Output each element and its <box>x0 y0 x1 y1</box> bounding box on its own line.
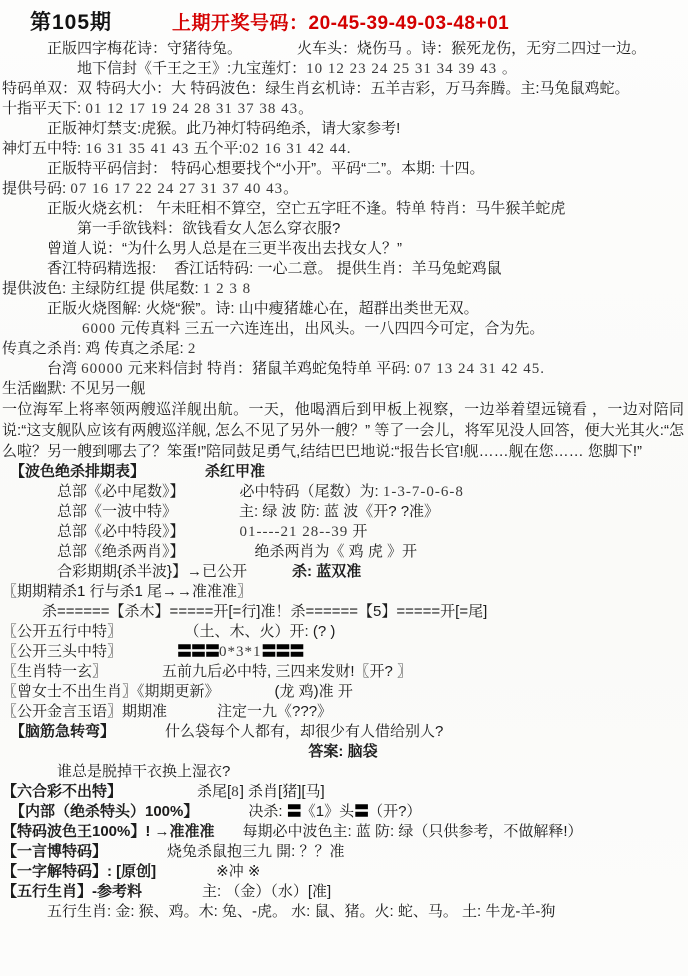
ten-fingers-line: 十指平天下: 01 12 17 19 24 28 31 37 38 43。 <box>2 99 684 119</box>
text-segment: ] 杀肖[猪][马] <box>240 783 325 800</box>
fire-mystery-line: 正版火烧玄机： 午未旺相不算空，空亡五字旺不逢。特单 特肖：马牛猴羊蛇虎 <box>2 199 684 219</box>
text-segment: 杀: 蓝双准 <box>292 563 361 580</box>
text-segment: 必中特码（尾数）为: <box>240 483 383 500</box>
text-segment: 总部《必中尾数》】 <box>57 483 185 500</box>
text-segment: 〖生肖特一玄〗 <box>2 663 107 680</box>
text-segment: 特码单双：双 特码大小：大 特码波色：绿生肖玄机诗：五羊吉彩，万马奔腾。主:马兔… <box>2 80 630 97</box>
text-segment: 香江话特码: 一心二意。 提供生肖：羊马兔蛇鸡鼠 <box>174 260 502 277</box>
tipsheet-page: 第105期 上期开奖号码：20-45-39-49-03-48+01 正版四字梅花… <box>0 0 688 976</box>
money-tip-line: 第一手欲钱料：欲钱看女人怎么穿衣服? <box>2 219 684 239</box>
text-segment: 提供号码: <box>2 180 70 197</box>
plum-poem-line: 正版四字梅花诗：守猪待兔。火车头：烧伤马 。诗：猴死龙伤，无穷二四过一边。 <box>2 39 684 59</box>
underground-envelope-line: 地下信封《千王之王》:九宝莲灯：10 12 23 24 25 31 34 39 … <box>2 59 684 79</box>
golden-words-line: 〖公开金言玉语〗期期准注定一九《???》 <box>2 702 684 722</box>
content-lines: 正版四字梅花诗：守猪待兔。火车头：烧伤马 。诗：猴死龙伤，无穷二四过一边。地下信… <box>2 39 684 922</box>
fax-kill-line: 传真之杀肖: 鸡 传真之杀尾: 2 <box>2 339 684 359</box>
fire-diagram-line: 正版火烧图解: 火烧“猴”。诗: 山中瘦猪雄心在，超群出类世无双。 <box>2 299 684 319</box>
text-segment: 香江特码精选报: <box>47 260 156 277</box>
text-segment: 传真之杀肖: 鸡 传真之杀尾: <box>2 340 188 357</box>
text-segment: 【一言博特码】 <box>2 843 107 860</box>
text-segment: 。 <box>298 100 313 117</box>
wave-kill-schedule-header: 【波色绝杀排期表】杀红甲准 <box>2 462 684 482</box>
text-segment: 杀红甲准 <box>205 463 265 480</box>
text-segment: 02 16 31 42 44. <box>243 141 352 157</box>
three-heads-line: 〖公开三头中特〗〓〓〓0*3*1〓〓〓 <box>2 642 684 662</box>
wave-king-line: 【特码波色王100%】! →准准准每期必中波色主: 蓝 防: 绿（只供参考，不做… <box>2 822 684 842</box>
page-header: 第105期 上期开奖号码：20-45-39-49-03-48+01 <box>2 4 684 39</box>
text-segment: 2 <box>188 341 197 357</box>
text-segment: 【内部（绝杀特头）100%】 <box>10 803 198 820</box>
text-segment: 五行生肖: 金: 猴、鸡。木: 兔、-虎。 水: 鼠、猪。火: 蛇、马。 土: … <box>47 903 555 920</box>
internal-kill-head-line: 【内部（绝杀特头）100%】决杀: 〓《1》头〓（开?） <box>2 802 684 822</box>
text-segment: 开 <box>348 523 367 540</box>
text-segment: 〓〓〓 <box>262 643 304 660</box>
text-segment: 正版火烧玄机： 午未旺相不算空，空亡五字旺不逢。特单 特肖：马牛猴羊蛇虎 <box>47 200 565 217</box>
text-segment: 8 <box>231 784 240 800</box>
text-segment: (龙 鸡)准 开 <box>275 683 353 700</box>
text-segment: 元传真料 三五一六连连出，出风头。一八四四今可定，合为先。 <box>116 320 544 337</box>
hq-kill-two-line: 总部《绝杀两肖》】绝杀两肖为《 鸡 虎 》开 <box>2 542 684 562</box>
one-char-line: 【一字解特码】: [原创]※冲 ※ <box>2 862 684 882</box>
last-draw-numbers: 上期开奖号码：20-45-39-49-03-48+01 <box>172 8 509 35</box>
text-segment: 正版四字梅花诗：守猪待兔。 <box>47 40 242 57</box>
xiangjiang-line: 香江特码精选报:香江话特码: 一心二意。 提供生肖：羊马兔蛇鸡鼠 <box>2 259 684 279</box>
precise-kill-header: 〖期期精杀1 行与杀1 尾→→准准准〗 <box>2 582 684 602</box>
text-segment: 〖公开五行中特〗 <box>2 623 122 640</box>
text-segment: 〖期期精杀1 行与杀1 尾→→准准准〗 <box>2 583 252 600</box>
text-segment: 总部《绝杀两肖》】 <box>57 543 185 560</box>
text-segment: 神灯五中特: <box>2 140 85 157</box>
madam-zeng-line: 〖曾女士不出生肖〗《期期更新》(龙 鸡)准 开 <box>2 682 684 702</box>
text-segment: （土、木、火）开: (? ) <box>192 623 335 640</box>
text-segment: 谁总是脱掉干衣换上湿衣? <box>57 763 230 780</box>
text-segment: 五个平: <box>189 140 242 157</box>
text-segment: 合彩期期{杀半波}】→已公开 <box>57 563 247 580</box>
special-flat-envelope-line: 正版特平码信封： 特码心想要找个“小开”。平码“二”。本期: 十四。 <box>2 159 684 179</box>
text-segment: 07 13 24 31 42 45. <box>415 361 546 377</box>
text-segment: 每期必中波色主: 蓝 防: 绿（只供参考，不做解释!） <box>243 823 583 840</box>
text-segment: 总部《一波中特》 <box>57 503 177 520</box>
text-segment: 01----21 28--39 <box>240 524 349 540</box>
text-segment: 正版特平码信封： 特码心想要找个“小开”。平码“二”。本期: 十四。 <box>47 160 485 177</box>
text-segment: 杀======【杀木】=====开[=行]准！杀======【5】=====开[… <box>42 603 487 620</box>
text-segment: 1 2 3 8 <box>203 281 251 297</box>
text-segment: 注定一九《???》 <box>217 703 332 720</box>
zodiac-mystery-line: 〖生肖特一玄〗五前九后必中特, 三四来发财!〖开? 〗 <box>2 662 684 682</box>
text-segment: 60000 <box>81 361 124 377</box>
text-segment: 〖曾女士不出生肖〗《期期更新》 <box>2 683 220 700</box>
text-segment: 绝杀两肖为《 鸡 虎 》开 <box>255 543 418 560</box>
text-segment: 火车头：烧伤马 。诗：猴死龙伤，无穷二四过一边。 <box>297 40 646 57</box>
text-segment: 10 12 23 24 25 31 34 39 43 。 <box>306 61 518 77</box>
text-segment: 【五行生肖】-参考料 <box>2 883 142 900</box>
issue-number: 第105期 <box>30 6 112 36</box>
text-segment: 地下信封《千王之王》:九宝莲灯： <box>77 60 306 77</box>
text-segment: 主: 绿 波 防: 蓝 波《开? ?准》 <box>239 503 439 520</box>
riddle-line: 谁总是脱掉干衣换上湿衣? <box>2 762 684 782</box>
provided-numbers-line: 提供号码: 07 16 17 22 24 27 31 37 40 43。 <box>2 179 684 199</box>
text-segment: 【波色绝杀排期表】 <box>10 463 145 480</box>
hq-one-wave-line: 总部《一波中特》主: 绿 波 防: 蓝 波《开? ?准》 <box>2 502 684 522</box>
brain-teaser-line: 【脑筋急转弯】什么袋每个人都有，却很少有人借给别人? <box>2 722 684 742</box>
text-segment: 16 31 35 41 43 <box>85 141 189 157</box>
text-segment: 台湾 <box>47 360 81 377</box>
text-segment: 什么袋每个人都有，却很少有人借给别人? <box>165 723 443 740</box>
no-special-line: 【六合彩不出特】杀尾[8] 杀肖[猪][马] <box>2 782 684 802</box>
hq-segment-line: 总部《必中特段》】01----21 28--39 开 <box>2 522 684 542</box>
magic-lamp-five-line: 神灯五中特: 16 31 35 41 43 五个平:02 16 31 42 44… <box>2 139 684 159</box>
text-segment: 答案: 脑袋 <box>308 743 377 760</box>
half-wave-line: 合彩期期{杀半波}】→已公开杀: 蓝双准 <box>2 562 684 582</box>
text-segment: 〓 <box>354 803 368 820</box>
text-segment: 〓 <box>287 803 301 820</box>
text-segment: 烧兔杀鼠抱三九 開: ？？准 <box>167 843 345 860</box>
text-segment: 07 16 17 22 24 27 31 37 40 43 <box>70 181 283 197</box>
text-segment: 01 12 17 19 24 28 31 37 38 43 <box>85 101 298 117</box>
text-segment: 正版火烧图解: 火烧“猴”。诗: 山中瘦猪雄心在，超群出类世无双。 <box>47 300 479 317</box>
text-segment: 〖公开金言玉语〗期期准 <box>2 703 167 720</box>
text-segment: 【一字解特码】: [原创] <box>2 863 156 880</box>
text-segment: 1-3-7-0-6-8 <box>383 484 464 500</box>
text-segment: 十指平天下: <box>2 100 85 117</box>
text-segment: 【特码波色王100%】! →准准准 <box>2 823 215 840</box>
text-segment: 0*3*1 <box>219 644 262 660</box>
five-element-zodiac-detail: 五行生肖: 金: 猴、鸡。木: 兔、-虎。 水: 鼠、猪。火: 蛇、马。 土: … <box>2 902 684 922</box>
text-segment: 元来料信封 特肖：猪鼠羊鸡蛇兔特单 平码: <box>124 360 415 377</box>
text-segment: 五前九后必中特, 三四来发财!〖开? 〗 <box>162 663 412 680</box>
taiwan-envelope-line: 台湾 60000 元来料信封 特肖：猪鼠羊鸡蛇兔特单 平码: 07 13 24 … <box>2 359 684 379</box>
five-elements-line: 〖公开五行中特〗（土、木、火）开: (? ) <box>2 622 684 642</box>
text-segment: 一位海军上将率领两艘巡洋舰出航。一天，他喝酒后到甲板上视察，一边举着望远镜看 ，… <box>2 401 684 460</box>
wave-color-line: 提供波色: 主绿防红提 供尾数: 1 2 3 8 <box>2 279 684 299</box>
fax-6000-line: 6000 元传真料 三五一六连连出，出风头。一八四四今可定，合为先。 <box>2 319 684 339</box>
text-segment: 6000 <box>82 321 116 337</box>
text-segment: 《1》头 <box>301 803 354 820</box>
humor-title-line: 生活幽默: 不见另一舰 <box>2 379 684 399</box>
hq-tail-line: 总部《必中尾数》】必中特码（尾数）为: 1-3-7-0-6-8 <box>2 482 684 502</box>
text-segment: 提供波色: 主绿防红提 供尾数: <box>2 280 203 297</box>
text-segment: 总部《必中特段》】 <box>57 523 185 540</box>
zengdaoren-line: 曾道人说：“为什么男人总是在三更半夜出去找女人？” <box>2 239 684 259</box>
humor-story-paragraph: 一位海军上将率领两艘巡洋舰出航。一天，他喝酒后到甲板上视察，一边举着望远镜看 ，… <box>2 399 684 462</box>
text-segment: 生活幽默: 不见另一舰 <box>2 380 145 397</box>
odd-even-line: 特码单双：双 特码大小：大 特码波色：绿生肖玄机诗：五羊吉彩，万马奔腾。主:马兔… <box>2 79 684 99</box>
text-segment: 〖公开三头中特〗 <box>2 643 122 660</box>
magic-lamp-ban-line: 正版神灯禁支:虎猴。此乃神灯特码绝杀，请大家参考! <box>2 119 684 139</box>
one-phrase-line: 【一言博特码】烧兔杀鼠抱三九 開: ？？准 <box>2 842 684 862</box>
text-segment: 。 <box>283 180 298 197</box>
text-segment: 曾道人说：“为什么男人总是在三更半夜出去找女人？” <box>47 240 402 257</box>
text-segment: 决杀: <box>248 803 286 820</box>
text-segment: 主: （金）（水）[准] <box>202 883 331 900</box>
text-segment: （开?） <box>368 803 421 820</box>
text-segment: 杀尾[ <box>197 783 231 800</box>
text-segment: 正版神灯禁支:虎猴。此乃神灯特码绝杀，请大家参考! <box>47 120 400 137</box>
text-segment: 〓〓〓 <box>177 643 219 660</box>
five-element-zodiac-header: 【五行生肖】-参考料主: （金）（水）[准] <box>2 882 684 902</box>
text-segment: ※冲 ※ <box>216 863 260 880</box>
text-segment: 【六合彩不出特】 <box>2 783 122 800</box>
brain-teaser-answer: 答案: 脑袋 <box>2 742 684 762</box>
kill-wood-line: 杀======【杀木】=====开[=行]准！杀======【5】=====开[… <box>2 602 684 622</box>
text-segment: 【脑筋急转弯】 <box>10 723 115 740</box>
text-segment: 第一手欲钱料：欲钱看女人怎么穿衣服? <box>77 220 340 237</box>
